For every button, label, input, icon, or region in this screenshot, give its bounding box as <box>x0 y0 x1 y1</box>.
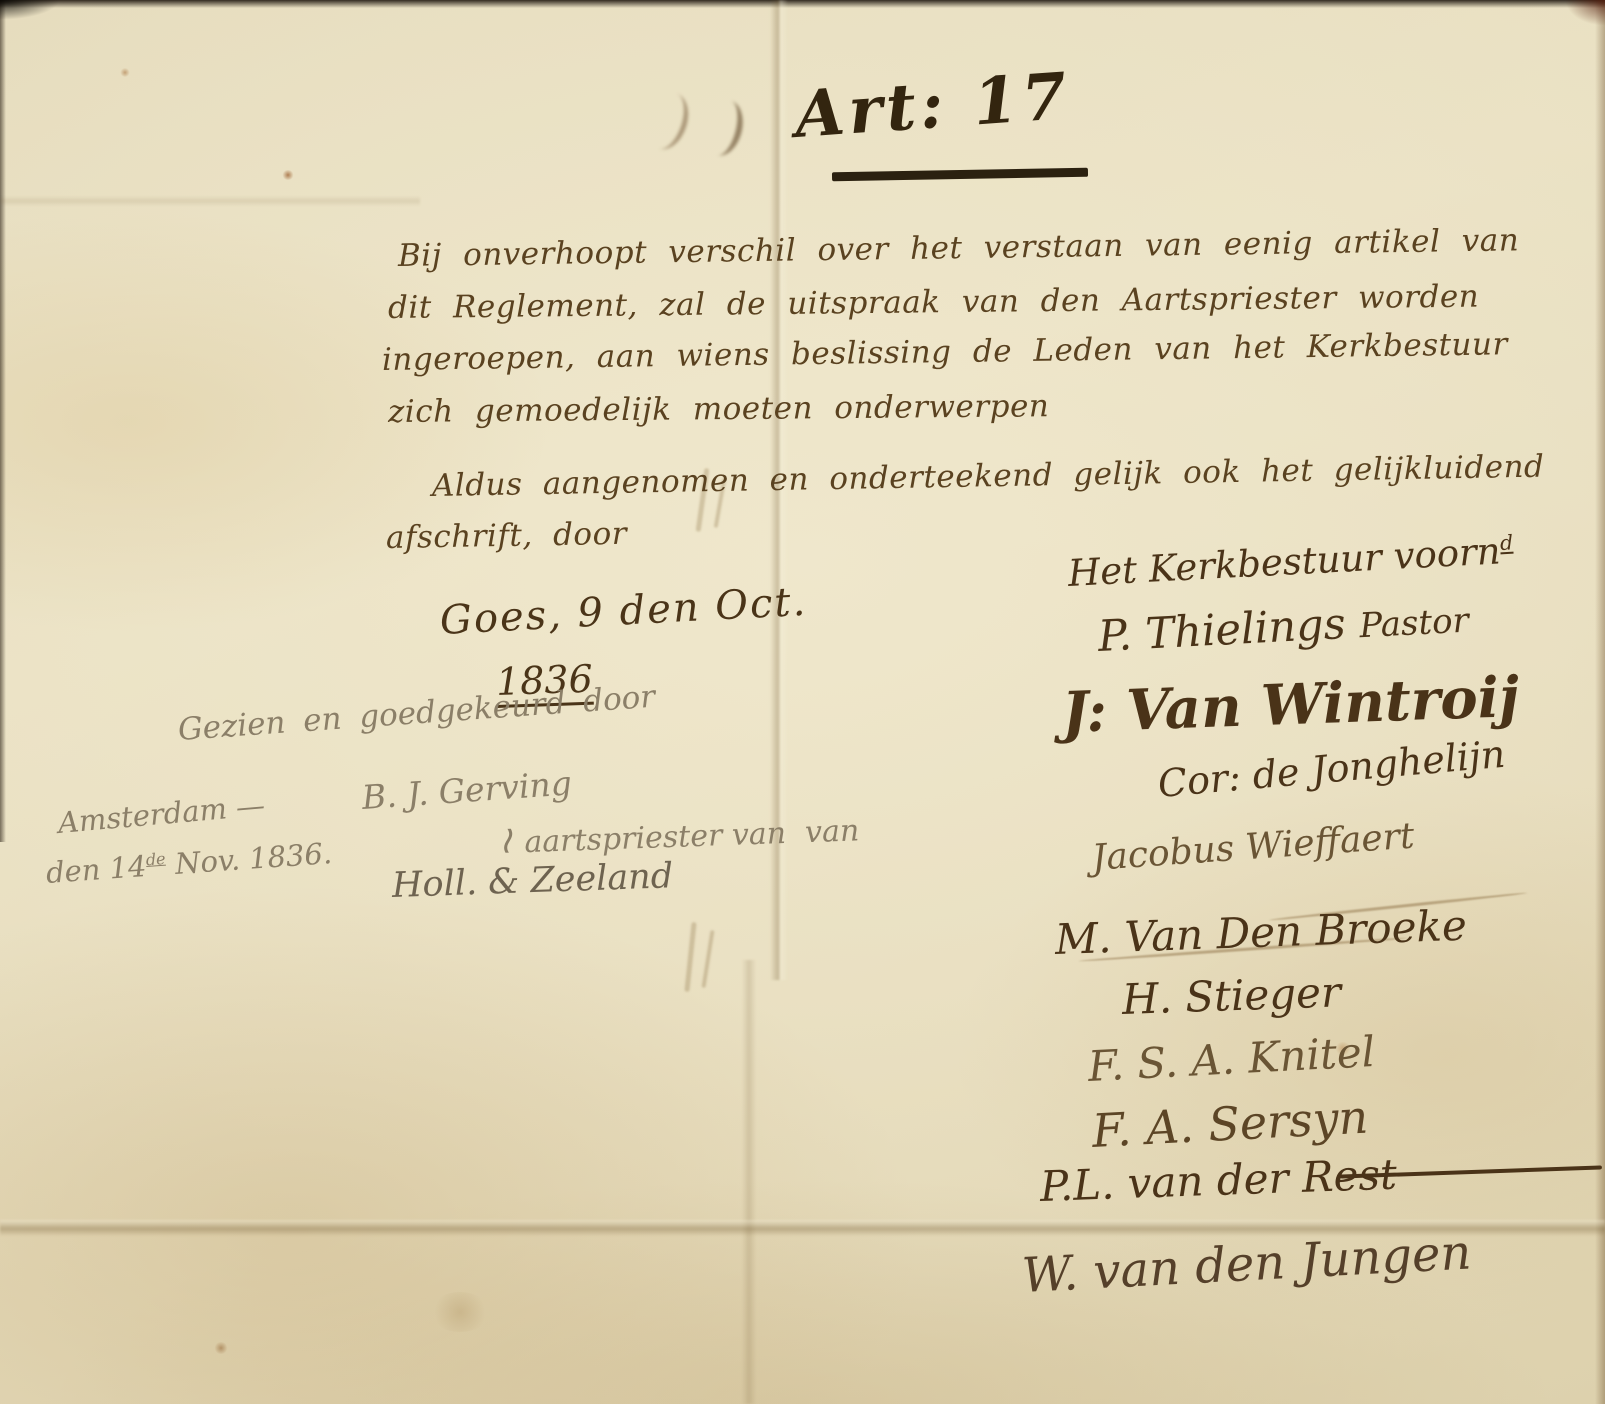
approver-title-van: van <box>785 813 859 851</box>
paper-corner-top-left <box>0 0 60 20</box>
board-heading: Het Kerkbestuur voornd <box>1067 529 1515 595</box>
ink-bleed-mark <box>701 930 714 988</box>
signature-knitel: F. S. A. Knitel <box>1087 1027 1377 1091</box>
ink-smudge <box>700 96 748 159</box>
paragraph-line: zich gemoedelijk moeten onderwerpen <box>388 388 1050 430</box>
paper-edge-right <box>1595 0 1605 1404</box>
paper-stain <box>282 170 294 180</box>
signature-title: Pastor <box>1358 601 1469 647</box>
signature-de-jonghelijn: Cor: de Jonghelijn <box>1156 732 1507 806</box>
ink-smudge <box>640 87 695 154</box>
signature-van-der-rest: P.L. van der Rest <box>1039 1150 1397 1211</box>
paper-edge-top <box>0 0 1605 8</box>
signature-thielings: P. Thielings Pastor <box>1097 593 1470 662</box>
article-heading: Art: 17 <box>792 59 1072 153</box>
paper-stain <box>214 1342 228 1354</box>
heading-underline <box>832 168 1088 181</box>
annotation-date: den 14de Nov. 1836. <box>45 836 333 890</box>
paper-stain <box>430 1292 490 1332</box>
paper-corner-top-right <box>1565 0 1605 26</box>
brace-mark: ≀ <box>497 817 525 862</box>
signature-van-den-jungen: W. van den Jungen <box>1021 1224 1473 1303</box>
ink-bleed-mark <box>684 922 696 992</box>
adoption-line: Aldus aangenomen en onderteekend gelijk … <box>432 449 1545 504</box>
vertical-fold-crease-lower <box>742 960 756 1404</box>
paragraph-line: ingeroepen, aan wiens beslissing de Lede… <box>382 326 1508 378</box>
place-date: Goes, 9 den Oct. <box>439 579 808 644</box>
annotation-place: Amsterdam — <box>57 788 267 840</box>
signature-wieffaert: Jacobus Wieffaert <box>1091 816 1416 879</box>
approver-title-line1: ≀ aartspriester van van <box>497 805 860 862</box>
approver-signature: B. J. Gerving <box>361 763 573 817</box>
approver-title-line2: Holl. & Zeeland <box>391 856 673 906</box>
approval-note: Gezien en goedgekeurd door <box>177 679 657 748</box>
paper-edge-left <box>0 0 6 842</box>
signature-van-den-broeke: M. Van Den Broeke <box>1054 901 1467 964</box>
signature-van-wintroij: J: Van Wintroij <box>1061 664 1520 746</box>
signature-sersyn: F. A. Sersyn <box>1091 1090 1370 1158</box>
paragraph-line: dit Reglement, zal de uitspraak van den … <box>388 279 1480 326</box>
manuscript-page: Art: 17 Bij onverhoopt verschil over het… <box>0 0 1605 1404</box>
adoption-line: afschrift, door <box>386 516 628 556</box>
faint-crease <box>0 196 420 206</box>
paragraph-line: Bij onverhoopt verschil over het verstaa… <box>398 222 1520 274</box>
paper-stain <box>120 68 130 77</box>
signature-stieger: H. Stieger <box>1121 967 1342 1024</box>
annotation-dash: — <box>225 788 266 825</box>
